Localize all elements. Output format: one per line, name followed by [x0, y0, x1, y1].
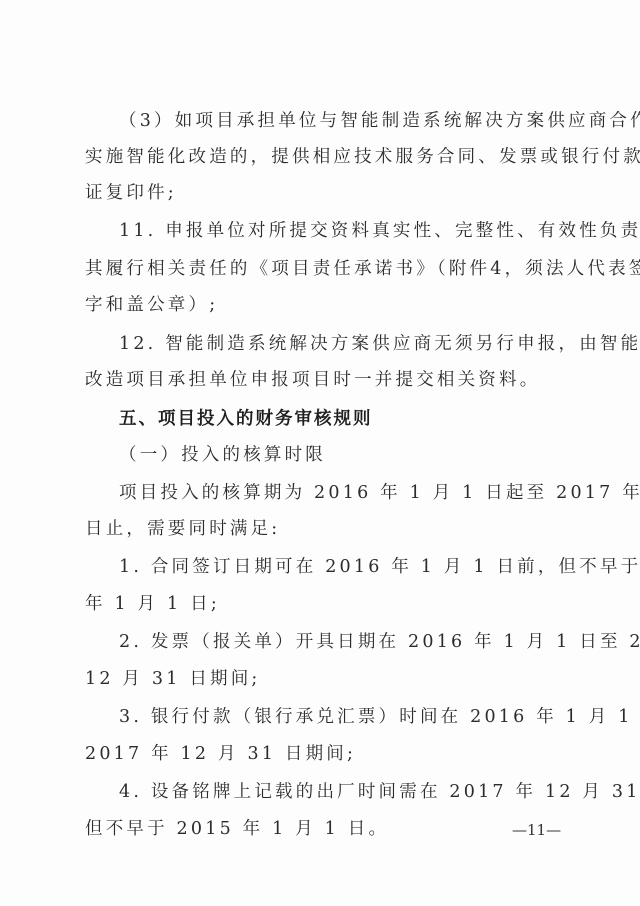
item-3-line-1: （3）如项目承担单位与智能制造系统解决方案供应商合作 — [119, 110, 619, 132]
rule-3-line-2: 2017 年 12 月 31 日期间; — [85, 743, 585, 765]
item-11-line-2: 其履行相关责任的《项目责任承诺书》（附件4，须法人代表签 — [85, 258, 585, 280]
rule-1-line-1: 1. 合同签订日期可在 2016 年 1 月 1 日前，但不早于 2015 — [119, 556, 619, 578]
rule-2-line-1: 2. 发票（报关单）开具日期在 2016 年 1 月 1 日至 2017 年 — [119, 631, 619, 653]
rule-4-line-1: 4. 设备铭牌上记载的出厂时间需在 2017 年 12 月 31 日前， — [119, 781, 619, 803]
rule-1-line-2: 年 1 月 1 日; — [85, 593, 585, 615]
period-line-1: 项目投入的核算期为 2016 年 1 月 1 日起至 2017 年 12 月 3… — [119, 482, 619, 504]
item-11-line-1: 11. 申报单位对所提交资料真实性、完整性、有效性负责及 — [119, 220, 619, 242]
item-3-line-3: 证复印件; — [85, 182, 585, 204]
item-12-line-1: 12. 智能制造系统解决方案供应商无须另行申报，由智能化 — [119, 333, 619, 355]
rule-3-line-1: 3. 银行付款（银行承兑汇票）时间在 2016 年 1 月 1 日至 — [119, 706, 619, 728]
section-heading: 五、项目投入的财务审核规则 — [119, 408, 619, 430]
document-page: （3）如项目承担单位与智能制造系统解决方案供应商合作 实施智能化改造的，提供相应… — [0, 0, 640, 906]
rule-4-line-2: 但不早于 2015 年 1 月 1 日。 — [85, 818, 585, 840]
subsection-heading: （一）投入的核算时限 — [119, 444, 619, 466]
item-11-line-3: 字和盖公章）; — [85, 294, 585, 316]
page-number: —11— — [512, 821, 561, 839]
period-line-2: 日止，需要同时满足: — [85, 518, 585, 540]
item-3-line-2: 实施智能化改造的，提供相应技术服务合同、发票或银行付款凭 — [85, 146, 585, 168]
item-12-line-2: 改造项目承担单位申报项目时一并提交相关资料。 — [85, 369, 585, 391]
rule-2-line-2: 12 月 31 日期间; — [85, 668, 585, 690]
